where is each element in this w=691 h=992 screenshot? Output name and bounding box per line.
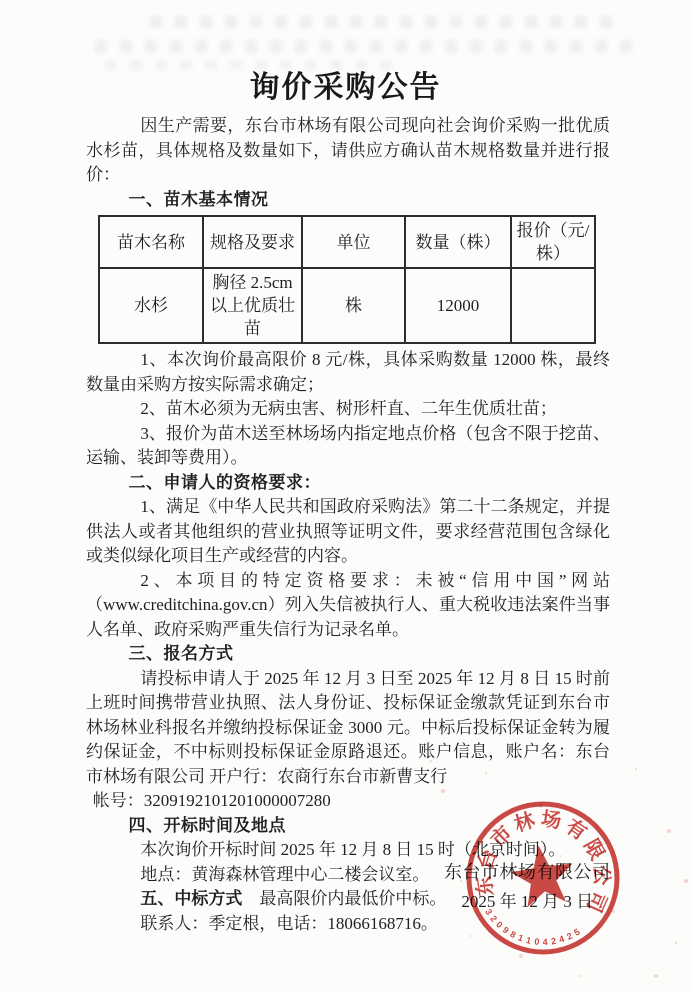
col-header-quantity: 数量（株） bbox=[405, 216, 511, 268]
section5-heading: 五、中标方式 bbox=[140, 889, 242, 908]
svg-text:8: 8 bbox=[508, 929, 517, 940]
cell-quantity: 12000 bbox=[405, 268, 511, 343]
section2-heading: 二、申请人的资格要求： bbox=[86, 471, 610, 496]
section1-heading: 一、苗木基本情况 bbox=[86, 188, 610, 213]
seedling-table: 苗木名称 规格及要求 单位 数量（株） 报价（元/株） 水杉 胸径 2.5cm … bbox=[98, 215, 596, 344]
svg-text:0: 0 bbox=[534, 936, 540, 946]
col-header-quote: 报价（元/株） bbox=[511, 216, 595, 268]
table-row: 水杉 胸径 2.5cm 以上优质壮苗 株 12000 bbox=[99, 268, 595, 343]
official-seal-stamp: 东台市林场有限公司3209811042425 bbox=[453, 788, 633, 968]
section2-item-2: 2、本项目的特定资格要求：未被“信用中国”网站（www.creditchina.… bbox=[86, 569, 610, 643]
svg-text:5: 5 bbox=[572, 927, 582, 938]
scan-bleedthrough-smudge bbox=[150, 16, 620, 28]
cell-spec: 胸径 2.5cm 以上优质壮苗 bbox=[203, 268, 302, 343]
section3-paragraph: 请投标申请人于 2025 年 12 月 3 日至 2025 年 12 月 8 日… bbox=[86, 667, 610, 790]
svg-text:4: 4 bbox=[543, 937, 548, 947]
svg-text:东: 东 bbox=[471, 875, 498, 898]
ink-speckles bbox=[430, 760, 432, 762]
award-rule: 最高限价内最低价中标。 bbox=[259, 889, 446, 908]
scan-bleedthrough-smudge bbox=[95, 40, 643, 53]
svg-text:2: 2 bbox=[565, 931, 574, 942]
section1-note-3: 3、报价为苗木送至林场场内指定地点价格（包含不限于挖苗、运输、装卸等费用）。 bbox=[86, 422, 610, 471]
intro-paragraph: 因生产需要，东台市林场有限公司现向社会询价采购一批优质水杉苗，具体规格及数量如下… bbox=[86, 114, 610, 188]
section2-item-1: 1、满足《中华人民共和国政府采购法》第二十二条规定，并提供法人或者其他组织的营业… bbox=[86, 495, 610, 569]
col-header-seedling-name: 苗木名称 bbox=[99, 216, 203, 268]
cell-quote-empty bbox=[511, 268, 595, 343]
col-header-spec: 规格及要求 bbox=[203, 216, 302, 268]
table-header-row: 苗木名称 规格及要求 单位 数量（株） 报价（元/株） bbox=[99, 216, 595, 268]
scan-bleedthrough-smudge bbox=[105, 60, 405, 70]
cell-unit: 株 bbox=[302, 268, 405, 343]
cell-seedling-name: 水杉 bbox=[99, 268, 203, 343]
svg-text:9: 9 bbox=[501, 925, 511, 936]
col-header-unit: 单位 bbox=[302, 216, 405, 268]
svg-text:场: 场 bbox=[540, 806, 563, 833]
scanned-document-page: 询价采购公告 因生产需要，东台市林场有限公司现向社会询价采购一批优质水杉苗，具体… bbox=[0, 0, 691, 992]
svg-text:公: 公 bbox=[589, 865, 613, 887]
svg-text:4: 4 bbox=[558, 934, 566, 945]
section1-note-2: 2、苗木必须为无病虫害、树形杆直、二年生优质壮苗； bbox=[86, 397, 610, 422]
svg-text:1: 1 bbox=[516, 932, 524, 943]
svg-text:1: 1 bbox=[525, 935, 532, 946]
section3-heading: 三、报名方式 bbox=[86, 642, 610, 667]
section1-note-1: 1、本次询价最高限价 8 元/株，具体采购数量 12000 株，最终数量由采购方… bbox=[86, 348, 610, 397]
svg-text:2: 2 bbox=[550, 936, 557, 947]
